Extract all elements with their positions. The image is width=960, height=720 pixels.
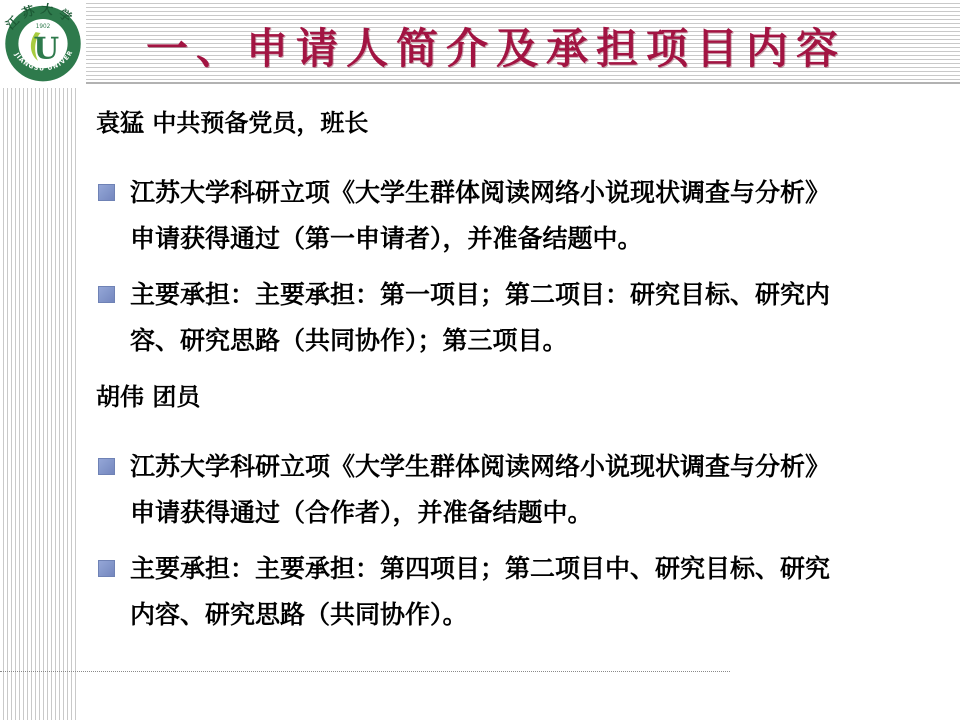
bullet-text: 主要承担：主要承担：第四项目；第二项目中、研究目标、研究 内容、研究思路（共同协… — [130, 554, 830, 629]
bullet-text: 主要承担：主要承担：第一项目；第二项目：研究目标、研究内 容、研究思路（共同协作… — [130, 280, 830, 355]
bullet-item: 江苏大学科研立项《大学生群体阅读网络小说现状调查与分析》 申请获得通过（第一申请… — [96, 170, 908, 262]
bullet-square-icon — [98, 184, 115, 201]
slide-title: 一、申请人简介及承担项目内容 — [146, 26, 846, 72]
title-band-underline — [0, 82, 960, 84]
bullet-square-icon — [98, 458, 115, 475]
left-pinstripe-panel — [0, 88, 78, 720]
person-heading-1: 袁猛 中共预备党员，班长 — [96, 100, 908, 146]
bullet-text: 江苏大学科研立项《大学生群体阅读网络小说现状调查与分析》 申请获得通过（合作者）… — [130, 452, 830, 527]
slide-body: 袁猛 中共预备党员，班长 江苏大学科研立项《大学生群体阅读网络小说现状调查与分析… — [96, 100, 908, 648]
bullet-square-icon — [98, 560, 115, 577]
footer-dotted-divider — [0, 671, 730, 672]
logo-letter-u: U — [33, 30, 59, 65]
logo-year: 1902 — [36, 24, 51, 30]
bullet-item: 江苏大学科研立项《大学生群体阅读网络小说现状调查与分析》 申请获得通过（合作者）… — [96, 444, 908, 536]
bullet-text: 江苏大学科研立项《大学生群体阅读网络小说现状调查与分析》 申请获得通过（第一申请… — [130, 178, 830, 253]
bullet-item: 主要承担：主要承担：第四项目；第二项目中、研究目标、研究 内容、研究思路（共同协… — [96, 546, 908, 638]
university-logo-icon: 江苏大学 JIANGSU UNIVERSITY 1902 U — [1, 1, 85, 83]
university-logo: 江苏大学 JIANGSU UNIVERSITY 1902 U — [0, 0, 86, 84]
bullet-item: 主要承担：主要承担：第一项目；第二项目：研究目标、研究内 容、研究思路（共同协作… — [96, 272, 908, 364]
bullet-square-icon — [98, 286, 115, 303]
presentation-slide: 江苏大学 JIANGSU UNIVERSITY 1902 U 一、申请人简介及承… — [0, 0, 960, 720]
person-heading-2: 胡伟 团员 — [96, 374, 908, 420]
